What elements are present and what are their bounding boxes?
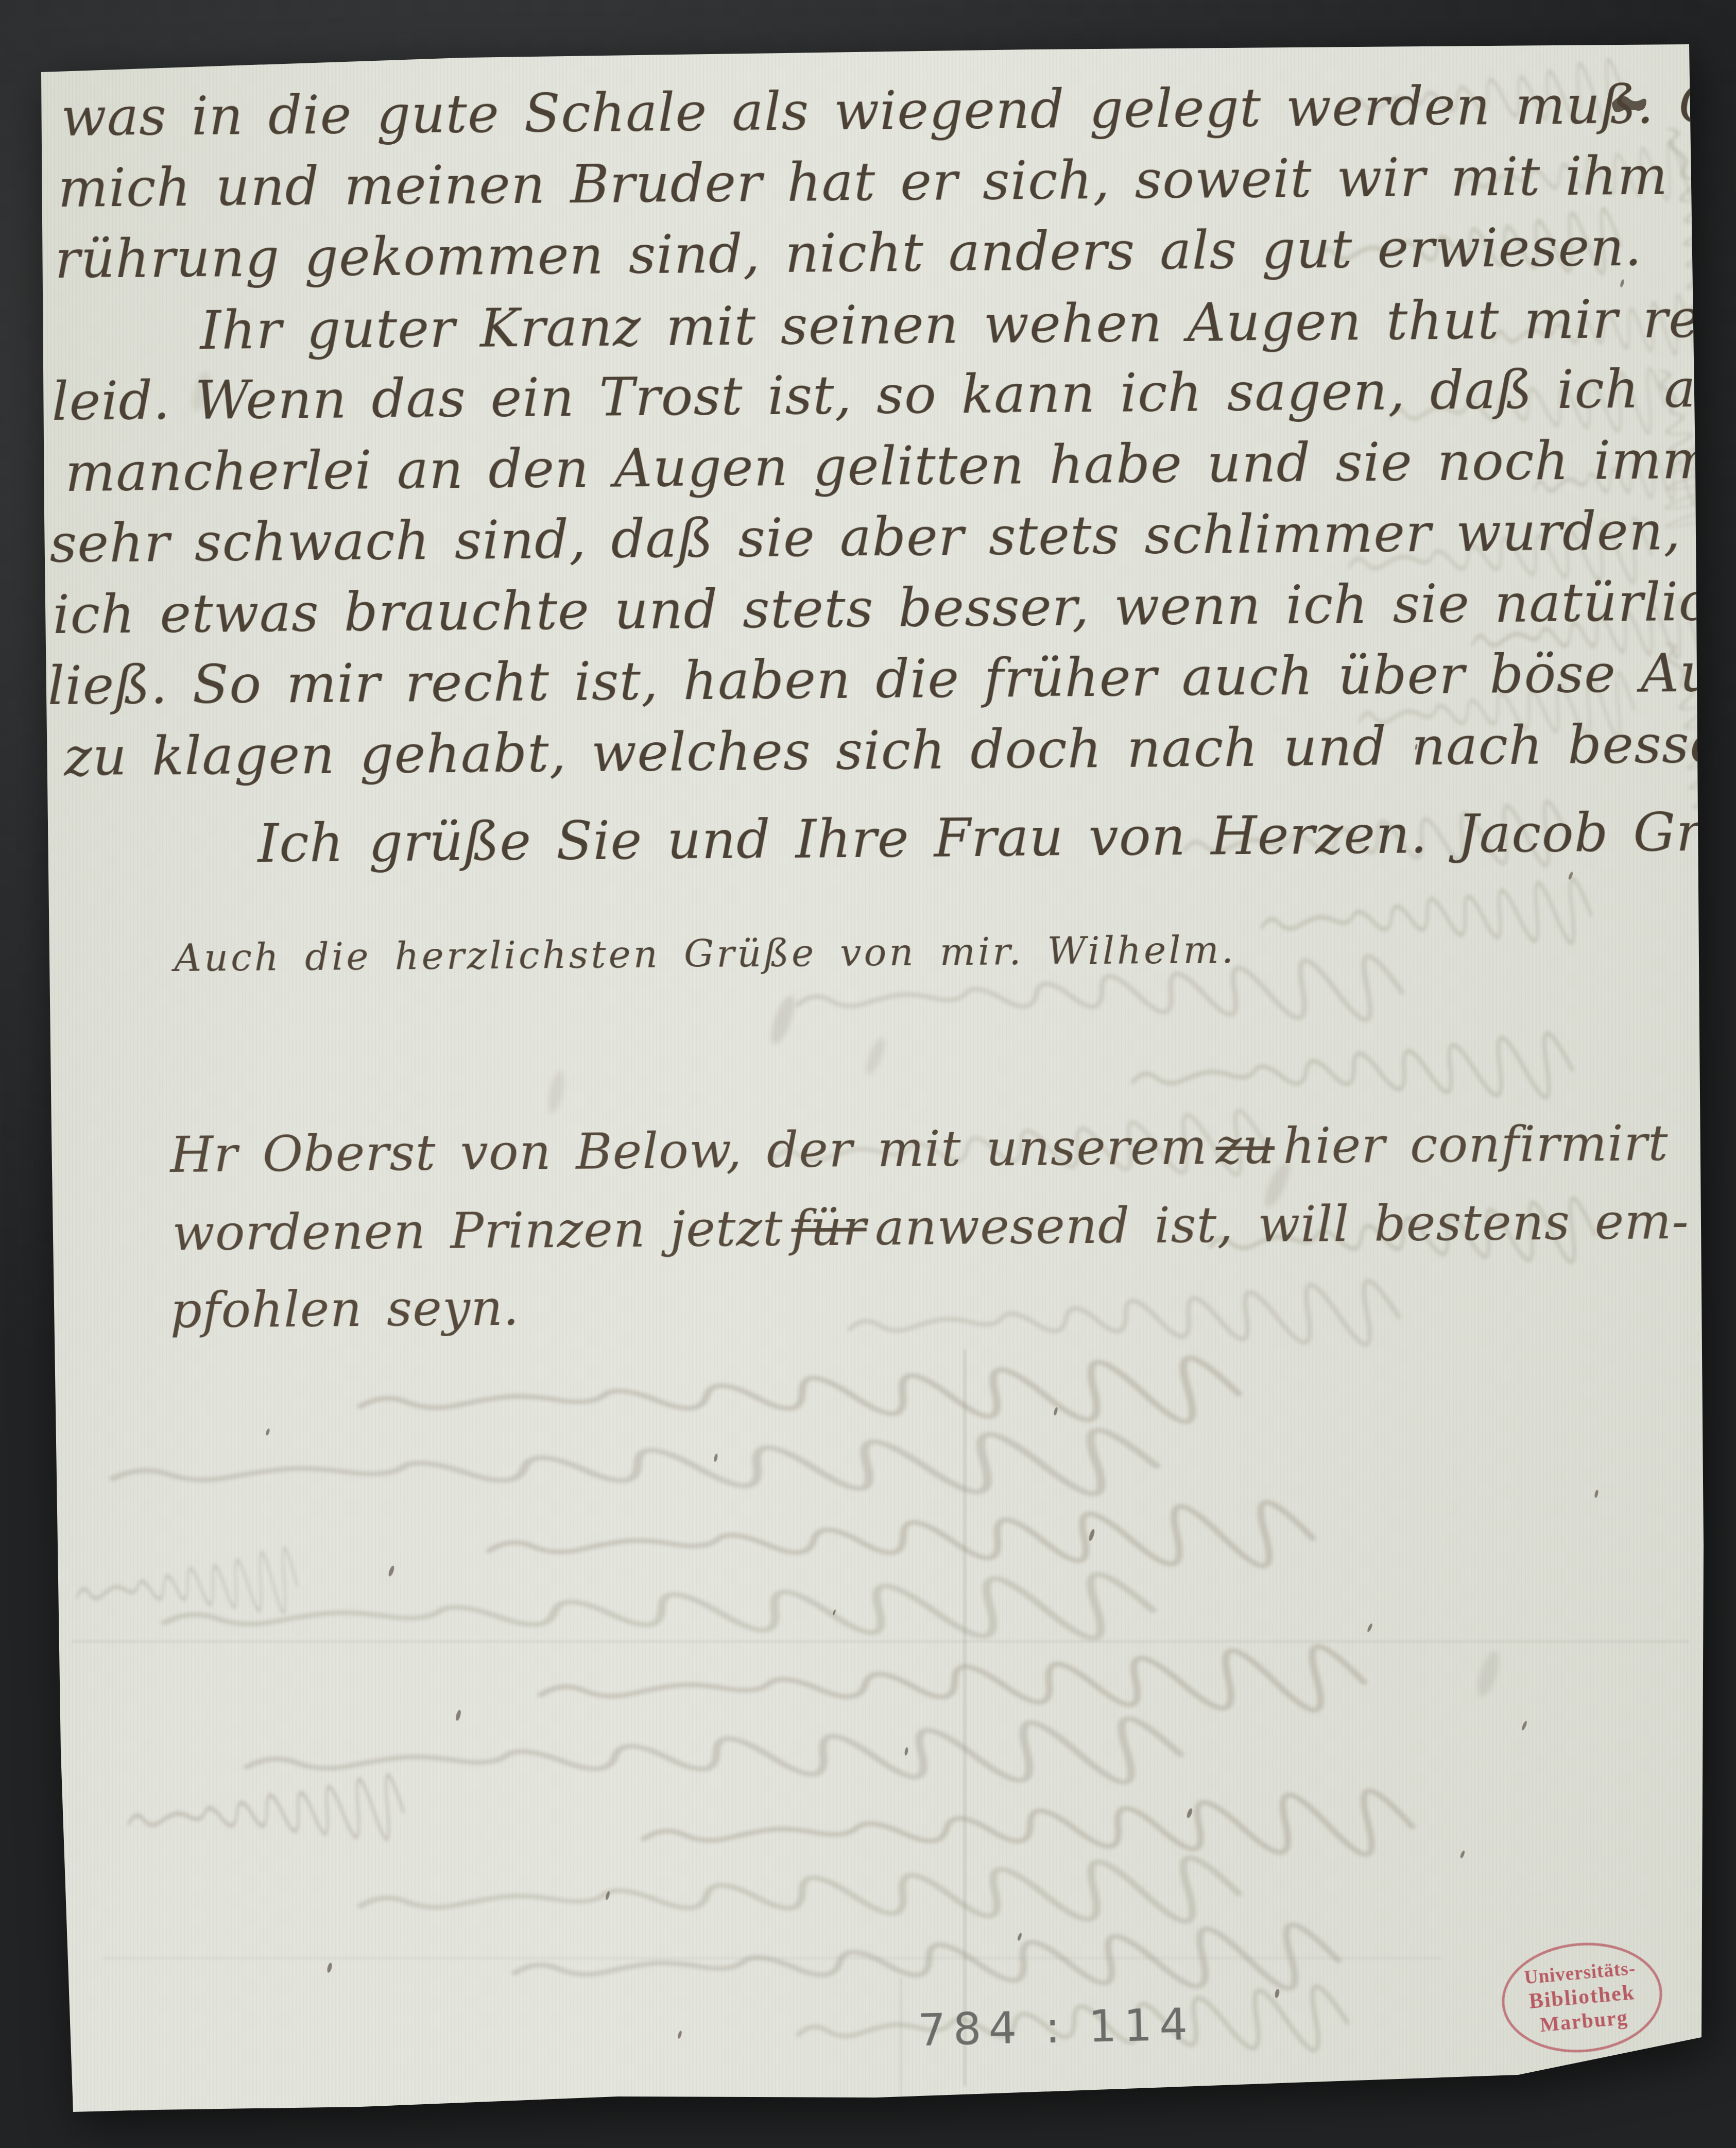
fold-crease [103,1957,1442,1959]
letter-line: ließ. So mir recht ist, haben die früher… [47,641,1736,717]
letter-line: sehr schwach sind, daß sie aber stets sc… [49,499,1736,575]
letter-line: Ihr guter Kranz mit seinen wehen Augen t… [200,287,1736,362]
strikethrough-word: für [791,1199,867,1257]
paper-shadow-wrap: was in die gute Schale als wiegend geleg… [0,0,1736,2148]
letter-line: mancherlei an den Augen gelitten habe un… [65,429,1736,504]
letter-line: leid. Wenn das ein Trost ist, so kann ic… [51,357,1736,433]
library-stamp: Universitäts- Bibliothek Marburg [1497,1936,1666,2059]
closing-text: Ich grüße Sie und Ihre Frau von Herzen. [257,804,1428,875]
stamp-line: Marburg [1539,2005,1629,2037]
postscript-text: Hr Oberst von Below, der mit unserem [170,1118,1208,1184]
ink-specks [0,0,1736,2148]
fold-crease [964,1350,966,2086]
fold-crease [72,1641,1689,1642]
paper-stains [0,0,1736,2148]
stamp-line: Universitäts- [1523,1957,1636,1990]
letter-line: mich und meinen Bruder hat er sich, sowe… [58,144,1736,219]
letter-page: was in die gute Schale als wiegend geleg… [0,0,1736,2148]
postscript-text: anwesend ist, will bestens em- [874,1192,1689,1256]
letter-line: was in die gute Schale als wiegend geleg… [61,73,1736,148]
letter-line: ich etwas brauchte und stets besser, wen… [53,569,1736,646]
signature-jacob-grimm: Jacob Grimm. [1457,800,1736,865]
letter-line: zu klagen gehabt, welches sich doch nach… [64,712,1736,788]
postscript-text: wordenen Prinzen jetzt [172,1200,783,1262]
stamp-line: Bibliothek [1528,1980,1636,2014]
closing-line: Ich grüße Sie und Ihre Frau von Herzen.J… [257,800,1736,875]
bleedthrough-ghost-writing [0,0,1736,2148]
strikethrough-word: zu [1215,1117,1275,1175]
fold-crease [900,1978,902,2096]
photograph-backdrop: was in die gute Schale als wiegend geleg… [0,0,1736,2148]
postscript-line: wordenen Prinzen jetztfüranwesend ist, w… [172,1192,1689,1262]
letter-line: rührung gekommen sind, nicht anders als … [55,216,1642,291]
postscript-wilhelm-greeting: Auch die herzlichsten Grüße von mir. Wil… [174,928,1236,980]
postscript-line: pfohlen seyn. [170,1279,520,1339]
postscript-line: Hr Oberst von Below, der mit unseremzuhi… [170,1114,1669,1184]
postscript-text: hier confirmirt [1283,1114,1669,1175]
shelfmark-pencil: 784 : 114 [917,1999,1195,2056]
ink-blot [0,0,1736,2148]
